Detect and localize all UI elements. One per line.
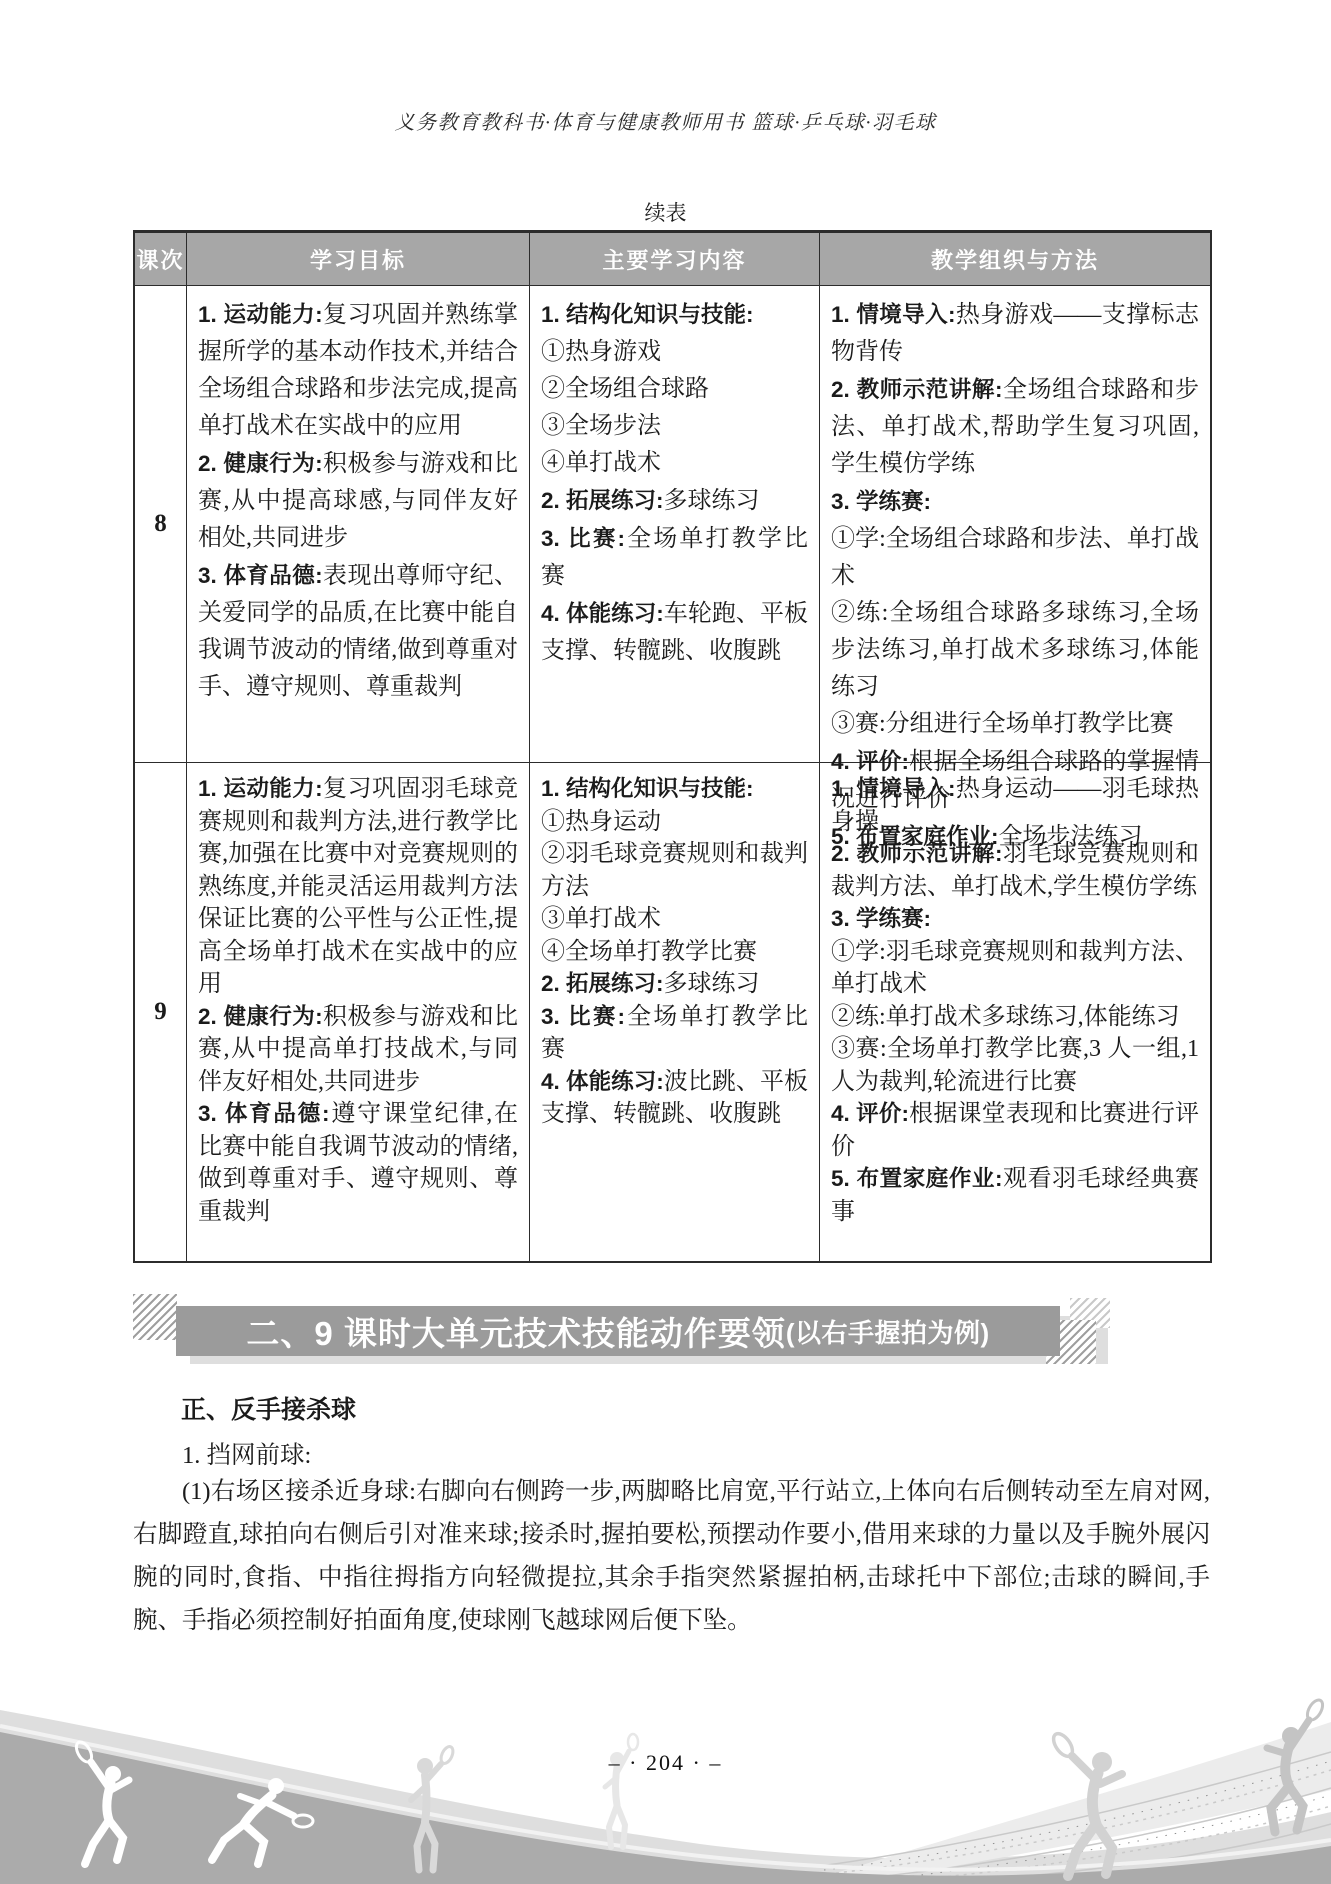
cell-item: ②羽毛球竞赛规则和裁判方法 [541, 838, 808, 903]
cell-item: ③赛:全场单打教学比赛,3 人一组,1 人为裁判,轮流进行比赛 [831, 1033, 1199, 1098]
cell-item: ④全场单打教学比赛 [541, 936, 808, 969]
cell-item: 3. 比赛:全场单打教学比赛 [541, 520, 808, 595]
table-cell-objectives: 1. 运动能力:复习巩固并熟练掌握所学的基本动作技术,并结合全场组合球路和步法完… [187, 286, 530, 762]
cell-item: 4. 评价:根据课堂表现和比赛进行评价 [831, 1098, 1199, 1163]
hatch-decoration-icon [133, 1294, 177, 1340]
cell-item: 1. 运动能力:复习巩固羽毛球竞赛规则和裁判方法,进行教学比赛,加强在比赛中对竞… [198, 773, 518, 1001]
lesson-number-cell: 9 [135, 763, 187, 1261]
section-title: 二、9 课时大单元技术技能动作要领 [246, 1308, 786, 1355]
table-cell-methods: 1. 情境导入:热身游戏——支撑标志物背传2. 教师示范讲解:全场组合球路和步法… [820, 286, 1210, 762]
cell-item: 4. 体能练习:波比跳、平板支撑、转髋跳、收腹跳 [541, 1066, 808, 1131]
paragraph-numbered-lead: 1. 挡网前球: [133, 1436, 1210, 1471]
table-header-row: 课次学习目标主要学习内容教学组织与方法 [135, 233, 1210, 285]
paragraph-body: (1)右场区接杀近身球:右脚向右侧跨一步,两脚略比肩宽,平行站立,上体向右后侧转… [133, 1470, 1210, 1642]
cell-item: ②全场组合球路 [541, 371, 808, 408]
cell-item: 1. 情境导入:热身运动——羽毛球热身操 [831, 773, 1199, 838]
table-cell-content: 1. 结构化知识与技能:①热身运动②羽毛球竞赛规则和裁判方法③单打战术④全场单打… [530, 763, 820, 1261]
cell-item: 3. 比赛:全场单打教学比赛 [541, 1001, 808, 1066]
cell-item: 2. 健康行为:积极参与游戏和比赛,从中提高单打技战术,与同伴友好相处,共同进步 [198, 1001, 518, 1099]
column-header: 课次 [135, 233, 187, 285]
cell-item: 3. 体育品德:表现出尊师守纪、关爱同学的品质,在比赛中能自我调节波动的情绪,做… [198, 557, 518, 706]
cell-item: ①热身运动 [541, 806, 808, 839]
table-cell-methods: 1. 情境导入:热身运动——羽毛球热身操2. 教师示范讲解:羽毛球竞赛规则和裁判… [820, 763, 1210, 1261]
section-title-parenthetical: (以右手握拍为例) [786, 1313, 990, 1350]
cell-item: ③赛:分组进行全场单打教学比赛 [831, 706, 1199, 743]
cell-item: 1. 情境导入:热身游戏——支撑标志物背传 [831, 296, 1199, 371]
footer-decoration [0, 1694, 1331, 1884]
cell-item: 2. 拓展练习:多球练习 [541, 968, 808, 1001]
cell-item: 2. 教师示范讲解:全场组合球路和步法、单打战术,帮助学生复习巩固,学生模仿学练 [831, 371, 1199, 483]
cell-item: ①学:羽毛球竞赛规则和裁判方法、单打战术 [831, 936, 1199, 1001]
cell-item: 2. 健康行为:积极参与游戏和比赛,从中提高球感,与同伴友好相处,共同进步 [198, 445, 518, 557]
cell-item: 2. 拓展练习:多球练习 [541, 482, 808, 520]
cell-item: ①学:全场组合球路和步法、单打战术 [831, 521, 1199, 595]
cell-item: 2. 教师示范讲解:羽毛球竞赛规则和裁判方法、单打战术,学生模仿学练 [831, 838, 1199, 903]
cell-item: 1. 运动能力:复习巩固并熟练掌握所学的基本动作技术,并结合全场组合球路和步法完… [198, 296, 518, 445]
column-header: 教学组织与方法 [820, 233, 1210, 285]
page-number: – · 204 · – [0, 1750, 1331, 1776]
column-header: 学习目标 [187, 233, 530, 285]
cell-item: ②练:单打战术多球练习,体能练习 [831, 1001, 1199, 1034]
table-row: 81. 运动能力:复习巩固并熟练掌握所学的基本动作技术,并结合全场组合球路和步法… [135, 285, 1210, 762]
section-title-bar: 二、9 课时大单元技术技能动作要领(以右手握拍为例) [176, 1306, 1060, 1356]
lesson-number-cell: 8 [135, 286, 187, 762]
lesson-schedule-table: 课次学习目标主要学习内容教学组织与方法 81. 运动能力:复习巩固并熟练掌握所学… [133, 230, 1212, 1263]
cell-item: 3. 体育品德:遵守课堂纪律,在比赛中能自我调节波动的情绪,做到尊重对手、遵守规… [198, 1098, 518, 1228]
table-caption: 续表 [0, 197, 1331, 227]
cell-item: 5. 布置家庭作业:观看羽毛球经典赛事 [831, 1163, 1199, 1228]
table-body: 81. 运动能力:复习巩固并熟练掌握所学的基本动作技术,并结合全场组合球路和步法… [135, 285, 1210, 1261]
table-cell-objectives: 1. 运动能力:复习巩固羽毛球竞赛规则和裁判方法,进行教学比赛,加强在比赛中对竞… [187, 763, 530, 1261]
column-header: 主要学习内容 [530, 233, 820, 285]
cell-item: 3. 学练赛: [831, 903, 1199, 936]
cell-item: ③单打战术 [541, 903, 808, 936]
table-cell-content: 1. 结构化知识与技能:①热身游戏②全场组合球路③全场步法④单打战术2. 拓展练… [530, 286, 820, 762]
cell-item: 3. 学练赛: [831, 483, 1199, 521]
cell-item: ③全场步法 [541, 408, 808, 445]
subheading: 正、反手接杀球 [181, 1390, 356, 1426]
cell-item: ①热身游戏 [541, 334, 808, 371]
cell-item: ④单打战术 [541, 445, 808, 482]
table-row: 91. 运动能力:复习巩固羽毛球竞赛规则和裁判方法,进行教学比赛,加强在比赛中对… [135, 762, 1210, 1261]
running-head: 义务教育教科书·体育与健康教师用书 篮球·乒乓球·羽毛球 [0, 106, 1331, 135]
cell-item: 4. 体能练习:车轮跑、平板支撑、转髋跳、收腹跳 [541, 595, 808, 670]
section-banner: 二、9 课时大单元技术技能动作要领(以右手握拍为例) [0, 1290, 1331, 1380]
textbook-page: { "page": { "header": "义务教育教科书·体育与健康教师用书… [0, 0, 1331, 1884]
cell-item: 1. 结构化知识与技能: [541, 296, 808, 334]
cell-item: 1. 结构化知识与技能: [541, 773, 808, 806]
cell-item: ②练:全场组合球路多球练习,全场步法练习,单打战术多球练习,体能练习 [831, 595, 1199, 706]
